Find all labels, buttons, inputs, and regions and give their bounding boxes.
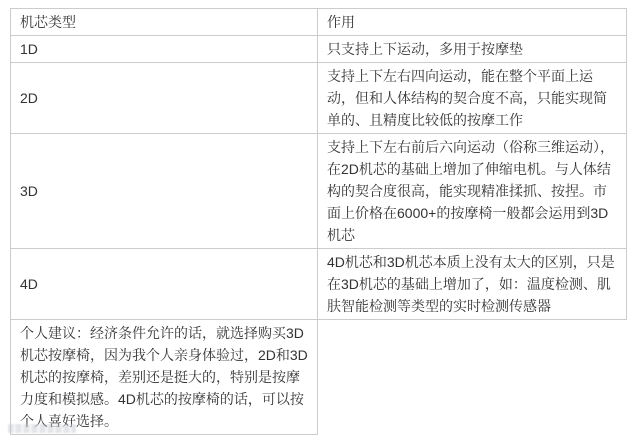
column-header-effect: 作用 (318, 9, 627, 36)
cell-personal-advice: 个人建议：经济条件允许的话，就选择购买3D机芯按摩椅，因为我个人亲身体验过，2D… (11, 320, 318, 435)
cell-effect-3d: 支持上下左右前后六向运动（俗称三维运动），在2D机芯的基础上增加了伸缩电机。与人… (318, 134, 627, 249)
table-row-3d: 3D 支持上下左右前后六向运动（俗称三维运动），在2D机芯的基础上增加了伸缩电机… (11, 134, 627, 249)
cell-effect-4d: 4D机芯和3D机芯本质上没有太大的区别，只是在3D机芯的基础上增加了，如：温度检… (318, 249, 627, 320)
table-header-row: 机芯类型 作用 (11, 9, 627, 36)
cell-type-2d: 2D (11, 63, 318, 134)
table-row-2d: 2D 支持上下左右四向运动，能在整个平面上运动，但和人体结构的契合度不高，只能实… (11, 63, 627, 134)
cell-type-3d: 3D (11, 134, 318, 249)
column-header-mechanism-type: 机芯类型 (11, 9, 318, 36)
table-row-4d: 4D 4D机芯和3D机芯本质上没有太大的区别，只是在3D机芯的基础上增加了，如：… (11, 249, 627, 320)
cell-effect-2d: 支持上下左右四向运动，能在整个平面上运动，但和人体结构的契合度不高，只能实现简单… (318, 63, 627, 134)
cell-type-4d: 4D (11, 249, 318, 320)
table-row-note: 个人建议：经济条件允许的话，就选择购买3D机芯按摩椅，因为我个人亲身体验过，2D… (11, 320, 627, 435)
cell-effect-1d: 只支持上下运动，多用于按摩垫 (318, 36, 627, 63)
watermark (8, 424, 76, 433)
mechanism-table: 机芯类型 作用 1D 只支持上下运动，多用于按摩垫 2D 支持上下左右四向运动，… (10, 8, 627, 435)
cell-type-1d: 1D (11, 36, 318, 63)
page: 机芯类型 作用 1D 只支持上下运动，多用于按摩垫 2D 支持上下左右四向运动，… (0, 0, 635, 443)
empty-cell (318, 320, 627, 435)
table-row-1d: 1D 只支持上下运动，多用于按摩垫 (11, 36, 627, 63)
